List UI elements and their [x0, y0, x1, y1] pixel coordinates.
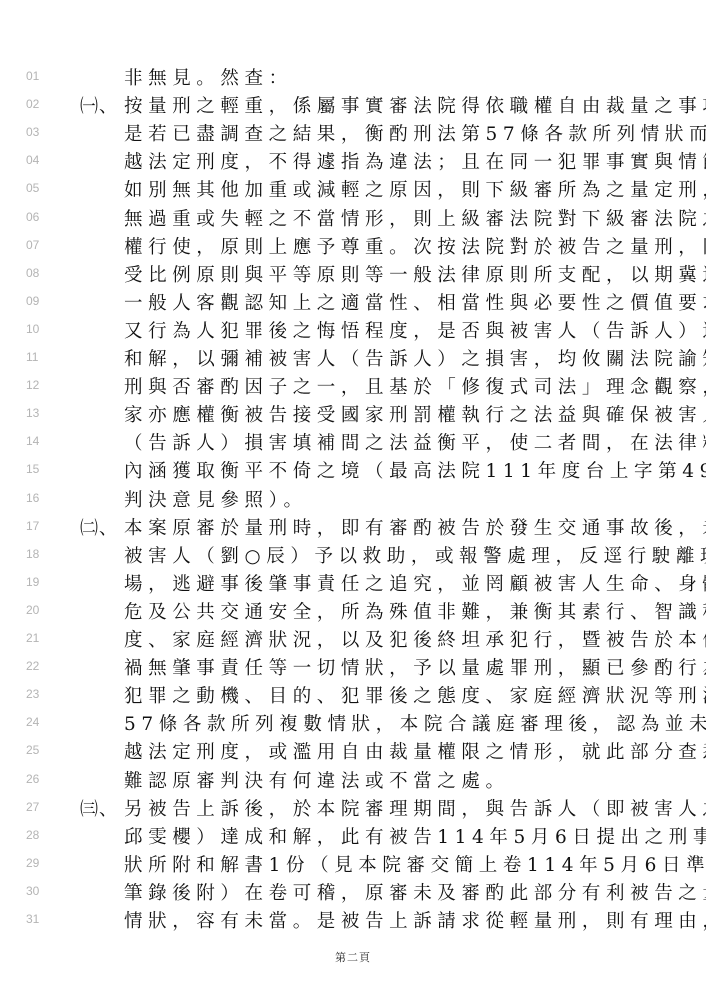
- document-line: 07權行使，原則上應予尊重。次按法院對於被告之量刑，同應: [0, 231, 706, 259]
- document-line: 20危及公共交通安全，所為殊值非難，兼衡其素行、智識程: [0, 596, 706, 624]
- document-line: 09一般人客觀認知上之適當性、相當性與必要性之價值要求。: [0, 287, 706, 315]
- document-line: 18被害人（劉○辰）予以救助，或報警處理，反逕行駛離現: [0, 540, 706, 568]
- line-number: 03: [26, 125, 56, 139]
- document-line: 21度、家庭經濟狀況，以及犯後終坦承犯行，暨被告於本件車: [0, 624, 706, 652]
- line-number: 05: [26, 181, 56, 195]
- line-text: 難認原審判決有何違法或不當之處。: [124, 767, 510, 793]
- line-text: 筆錄後附）在卷可稽，原審未及審酌此部分有利被告之量刑: [124, 879, 706, 905]
- line-number: 25: [26, 743, 56, 757]
- line-text: 度、家庭經濟狀況，以及犯後終坦承犯行，暨被告於本件車: [124, 626, 706, 652]
- line-text: 越法定刑度，或濫用自由裁量權限之情形，就此部分查悉，: [124, 738, 706, 764]
- section-marker: ㈢、: [80, 795, 118, 821]
- line-number: 24: [26, 715, 56, 729]
- line-number: 26: [26, 772, 56, 786]
- line-text: 判決意見參照）。: [124, 486, 308, 512]
- line-number: 19: [26, 575, 56, 589]
- line-text: 家亦應權衡被告接受國家刑罰權執行之法益與確保被害人: [124, 401, 706, 427]
- line-number: 01: [26, 69, 56, 83]
- line-text: 又行為人犯罪後之悔悟程度，是否與被害人（告訴人）達成: [124, 317, 706, 343]
- line-number: 02: [26, 97, 56, 111]
- document-line: 30筆錄後附）在卷可稽，原審未及審酌此部分有利被告之量刑: [0, 877, 706, 905]
- document-line: 15內涵獲取衡平不倚之境（最高法院111年度台上字第4938號: [0, 455, 706, 483]
- line-number: 09: [26, 294, 56, 308]
- document-line: 2457條各款所列複數情狀，本院合議庭審理後，認為並未有逾: [0, 708, 706, 736]
- document-line: 26難認原審判決有何違法或不當之處。: [0, 765, 706, 793]
- document-line: 25越法定刑度，或濫用自由裁量權限之情形，就此部分查悉，: [0, 736, 706, 764]
- document-line: 11和解，以彌補被害人（告訴人）之損害，均攸關法院諭知緩: [0, 343, 706, 371]
- line-number: 27: [26, 800, 56, 814]
- line-text: 邱雯櫻）達成和解，此有被告114年5月6日提出之刑事答辯: [124, 823, 706, 849]
- document-line: 10又行為人犯罪後之悔悟程度，是否與被害人（告訴人）達成: [0, 315, 706, 343]
- line-number: 06: [26, 210, 56, 224]
- line-number: 08: [26, 266, 56, 280]
- document-line: 12刑與否審酌因子之一，且基於「修復式司法」理念觀察，國: [0, 371, 706, 399]
- document-line: 27㈢、另被告上訴後，於本院審理期間，與告訴人（即被害人之母: [0, 793, 706, 821]
- line-text: 按量刑之輕重，係屬事實審法院得依職權自由裁量之事項，: [124, 92, 706, 118]
- line-text: 57條各款所列複數情狀，本院合議庭審理後，認為並未有逾: [124, 710, 706, 736]
- line-number: 12: [26, 378, 56, 392]
- line-text: 權行使，原則上應予尊重。次按法院對於被告之量刑，同應: [124, 233, 706, 259]
- document-line: 22禍無肇事責任等一切情狀，予以量處罪刑，顯已參酌行為人: [0, 652, 706, 680]
- document-line: 23犯罪之動機、目的、犯罪後之態度、家庭經濟狀況等刑法第: [0, 680, 706, 708]
- document-line: 29狀所附和解書1份（見本院審交簡上卷114年5月6日準備程序: [0, 849, 706, 877]
- line-number: 22: [26, 659, 56, 673]
- line-number: 30: [26, 884, 56, 898]
- line-number: 04: [26, 153, 56, 167]
- line-text: 如別無其他加重或減輕之原因，則下級審所為之量定刑，亦: [124, 176, 706, 202]
- line-number: 10: [26, 322, 56, 336]
- line-number: 18: [26, 547, 56, 561]
- line-number: 28: [26, 828, 56, 842]
- line-number: 16: [26, 491, 56, 505]
- line-text: 一般人客觀認知上之適當性、相當性與必要性之價值要求。: [124, 289, 706, 315]
- line-text: 本案原審於量刑時，即有審酌被告於發生交通事故後，未對: [124, 514, 706, 540]
- document-line: 17㈡、本案原審於量刑時，即有審酌被告於發生交通事故後，未對: [0, 512, 706, 540]
- line-text: 危及公共交通安全，所為殊值非難，兼衡其素行、智識程: [124, 598, 706, 624]
- page-footer: 第二頁: [0, 949, 706, 965]
- line-number: 23: [26, 687, 56, 701]
- line-text: 是若已盡調查之結果，衡酌刑法第57條各款所列情狀而未逾: [124, 120, 706, 146]
- line-text: 情狀，容有未當。是被告上訴請求從輕量刑，則有理由，應: [124, 907, 706, 933]
- document-line: 08受比例原則與平等原則等一般法律原則所支配，以期冀達成: [0, 259, 706, 287]
- line-number: 14: [26, 434, 56, 448]
- line-text: 和解，以彌補被害人（告訴人）之損害，均攸關法院諭知緩: [124, 345, 706, 371]
- line-text: 刑與否審酌因子之一，且基於「修復式司法」理念觀察，國: [124, 373, 706, 399]
- section-marker: ㈠、: [80, 92, 118, 118]
- line-text: 無過重或失輕之不當情形，則上級審法院對下級審法院之職: [124, 205, 706, 231]
- document-line: 05如別無其他加重或減輕之原因，則下級審所為之量定刑，亦: [0, 174, 706, 202]
- document-line: 19場，逃避事後肇事責任之追究，並罔顧被害人生命、身體安: [0, 568, 706, 596]
- line-text: 狀所附和解書1份（見本院審交簡上卷114年5月6日準備程序: [124, 851, 706, 877]
- line-number: 17: [26, 519, 56, 533]
- line-number: 31: [26, 912, 56, 926]
- line-number: 20: [26, 603, 56, 617]
- line-number: 21: [26, 631, 56, 645]
- document-line: 02㈠、按量刑之輕重，係屬事實審法院得依職權自由裁量之事項，: [0, 90, 706, 118]
- line-text: 越法定刑度，不得遽指為違法；且在同一犯罪事實與情節，: [124, 148, 706, 174]
- line-number: 07: [26, 238, 56, 252]
- document-line: 06無過重或失輕之不當情形，則上級審法院對下級審法院之職: [0, 203, 706, 231]
- document-line: 13家亦應權衡被告接受國家刑罰權執行之法益與確保被害人: [0, 399, 706, 427]
- document-line: 16判決意見參照）。: [0, 484, 706, 512]
- document-page: 01非無見。然查：02㈠、按量刑之輕重，係屬事實審法院得依職權自由裁量之事項，0…: [0, 0, 706, 1000]
- line-text: （告訴人）損害填補間之法益衡平，使二者間，在法律精髓: [124, 429, 706, 455]
- line-number: 15: [26, 462, 56, 476]
- line-text: 禍無肇事責任等一切情狀，予以量處罪刑，顯已參酌行為人: [124, 654, 706, 680]
- line-text: 被害人（劉○辰）予以救助，或報警處理，反逕行駛離現: [124, 542, 706, 568]
- document-line: 28邱雯櫻）達成和解，此有被告114年5月6日提出之刑事答辯: [0, 821, 706, 849]
- document-line: 31情狀，容有未當。是被告上訴請求從輕量刑，則有理由，應: [0, 905, 706, 933]
- line-number: 29: [26, 856, 56, 870]
- line-text: 犯罪之動機、目的、犯罪後之態度、家庭經濟狀況等刑法第: [124, 682, 706, 708]
- line-text: 非無見。然查：: [124, 64, 293, 90]
- document-line: 04越法定刑度，不得遽指為違法；且在同一犯罪事實與情節，: [0, 146, 706, 174]
- line-text: 內涵獲取衡平不倚之境（最高法院111年度台上字第4938號: [124, 457, 706, 483]
- line-number: 13: [26, 406, 56, 420]
- document-line: 14（告訴人）損害填補間之法益衡平，使二者間，在法律精髓: [0, 427, 706, 455]
- document-line: 03是若已盡調查之結果，衡酌刑法第57條各款所列情狀而未逾: [0, 118, 706, 146]
- line-text: 場，逃避事後肇事責任之追究，並罔顧被害人生命、身體安: [124, 570, 706, 596]
- line-text: 受比例原則與平等原則等一般法律原則所支配，以期冀達成: [124, 261, 706, 287]
- line-text: 另被告上訴後，於本院審理期間，與告訴人（即被害人之母: [124, 795, 706, 821]
- section-marker: ㈡、: [80, 514, 118, 540]
- line-number: 11: [26, 350, 56, 364]
- document-line: 01非無見。然查：: [0, 62, 706, 90]
